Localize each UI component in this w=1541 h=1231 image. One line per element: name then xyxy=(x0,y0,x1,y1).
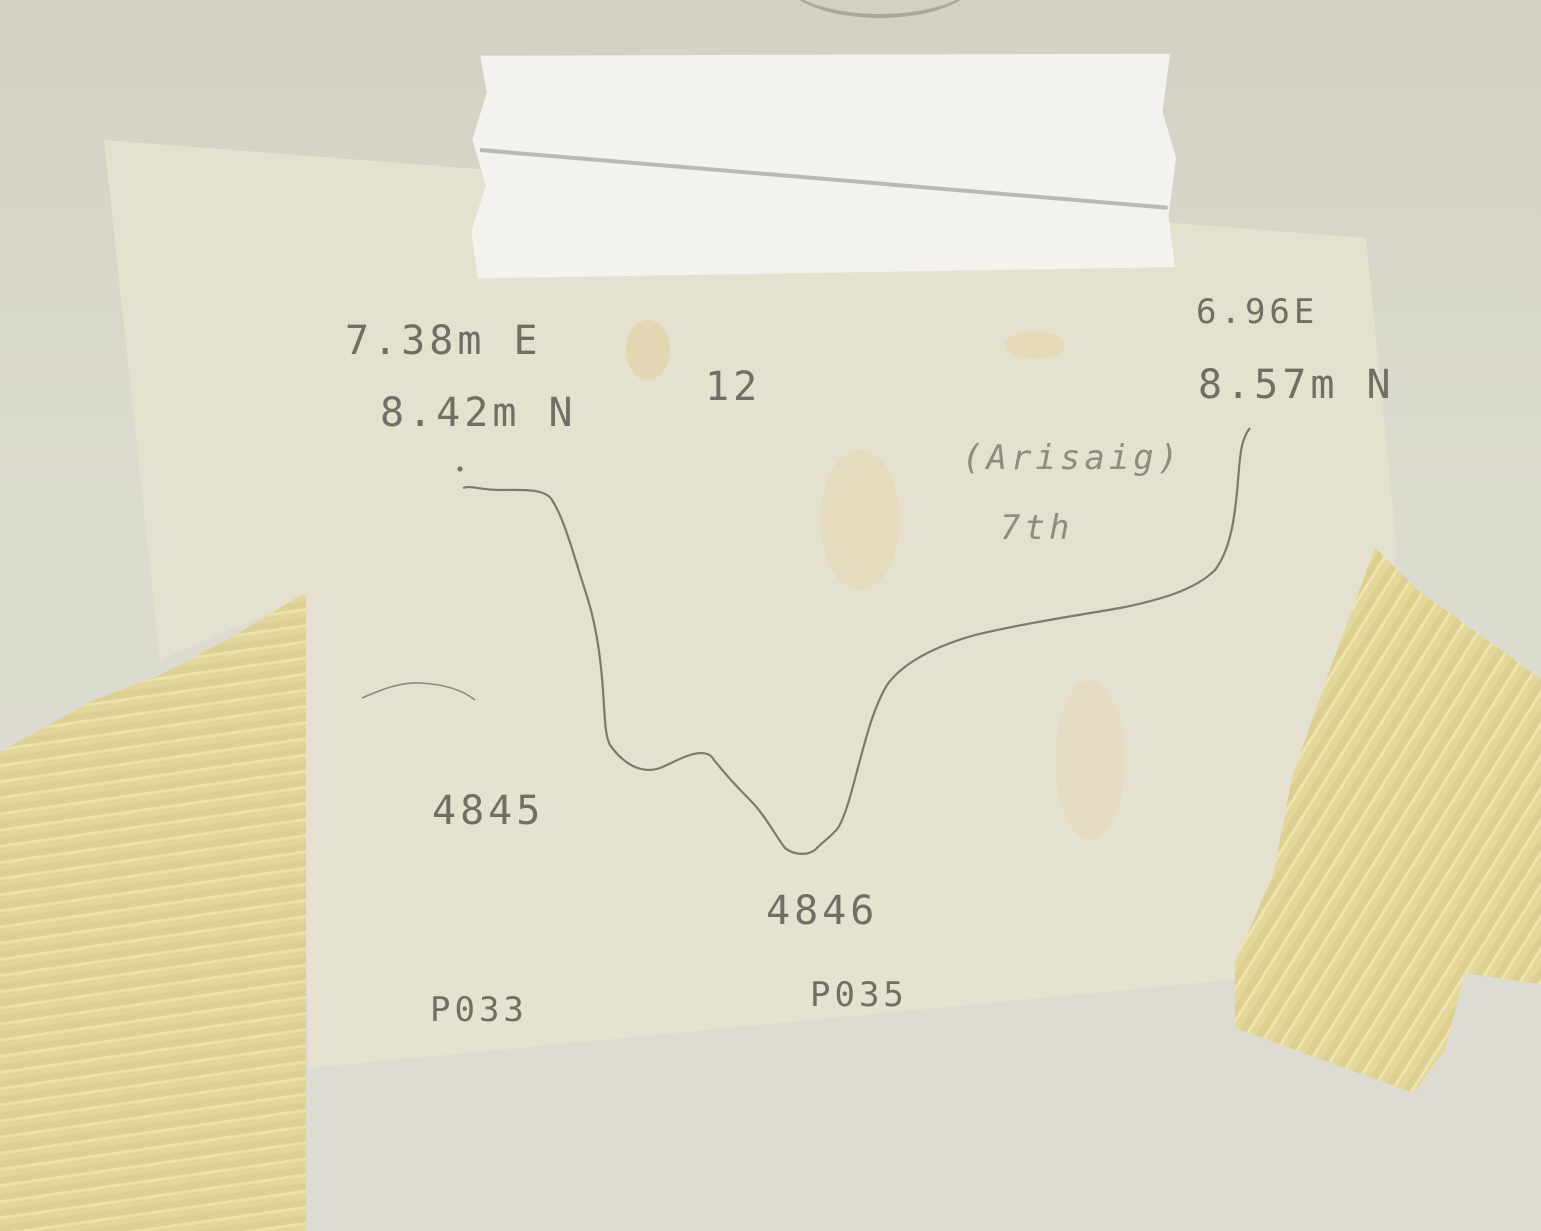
stain xyxy=(820,450,900,590)
bottom-left-number: 4845 xyxy=(432,788,544,834)
bottom-center-number: 4846 xyxy=(766,888,878,934)
center-label: 12 xyxy=(705,364,761,410)
stain xyxy=(1005,331,1065,359)
start-point-dot xyxy=(458,467,463,472)
stain xyxy=(1055,680,1125,840)
region-sublabel: 7th xyxy=(1000,508,1073,548)
stain xyxy=(626,320,670,380)
white-tape-strip xyxy=(471,46,1177,285)
top-left-easting-label: 7.38m E xyxy=(345,318,542,364)
bottom-center-ref: P035 xyxy=(810,975,908,1015)
top-left-northing-label: 8.42m N xyxy=(380,390,577,436)
top-right-easting-label: 6.96E xyxy=(1196,292,1318,332)
bottom-left-ref: P033 xyxy=(430,990,528,1030)
region-label: (Arisaig) xyxy=(962,438,1182,478)
top-right-northing-label: 8.57m N xyxy=(1198,362,1395,408)
